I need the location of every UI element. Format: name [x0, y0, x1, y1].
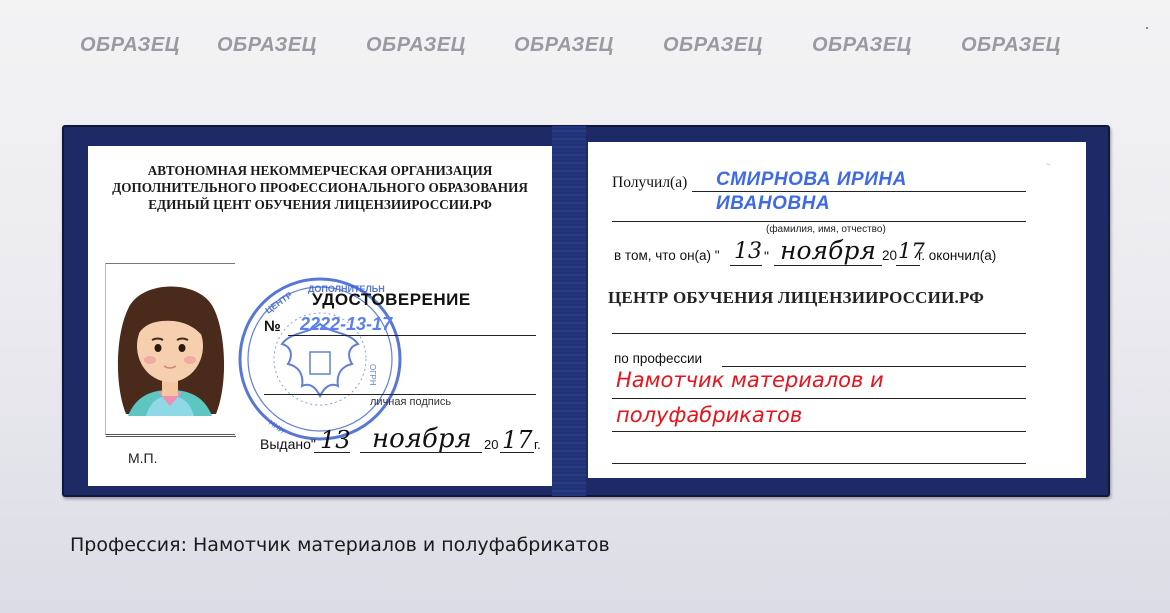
completion-year-line	[896, 265, 920, 266]
issued-month: ноября	[372, 424, 472, 454]
document-title: УДОСТОВЕРЕНИЕ	[312, 290, 471, 310]
issued-year-prefix: 20	[484, 437, 498, 452]
training-center-name: ЦЕНТР ОБУЧЕНИЯ ЛИЦЕНЗИИРОССИИ.РФ	[608, 288, 984, 308]
organization-line: ЕДИНЫЙ ЦЕНТ ОБУЧЕНИЯ ЛИЦЕНЗИИРОССИИ.РФ	[88, 196, 552, 213]
completion-month-line	[774, 265, 882, 266]
svg-text:ЦЕНТР: ЦЕНТР	[263, 290, 294, 316]
certificate-number: 2222-13-17	[300, 314, 392, 335]
profession-underline-3	[612, 463, 1026, 464]
issued-day: 13	[320, 426, 351, 454]
seal-place-label: М.П.	[128, 450, 158, 466]
watermark-text: ОБРАЗЕЦ	[217, 34, 317, 57]
profession-label: по профессии	[614, 351, 702, 366]
watermark-text: ОБРАЗЕЦ	[80, 34, 180, 57]
female-avatar-icon	[106, 264, 234, 434]
number-line	[288, 335, 536, 336]
watermark-row: ОБРАЗЕЦ ОБРАЗЕЦ ОБРАЗЕЦ ОБРАЗЕЦ ОБРАЗЕЦ …	[0, 34, 1170, 64]
completion-day-line	[730, 265, 762, 266]
organization-header: АВТОНОМНАЯ НЕКОММЕРЧЕСКАЯ ОРГАНИЗАЦИЯ ДО…	[88, 162, 552, 213]
profession-line-0	[722, 366, 1026, 367]
issued-text: Выдано	[260, 436, 311, 452]
issued-year-suffix: 17	[502, 426, 533, 454]
month-line	[360, 452, 482, 453]
watermark-text: ОБРАЗЕЦ	[812, 34, 912, 57]
holder-patronymic: ИВАНОВНА	[716, 193, 830, 215]
photo-frame	[105, 263, 235, 435]
profession-underline-2	[612, 431, 1026, 432]
watermark-text: ОБРАЗЕЦ	[961, 34, 1061, 57]
profession-underline-1	[612, 398, 1026, 399]
issued-label: Выдано"	[260, 436, 316, 452]
quote-mark: "	[764, 248, 769, 264]
signature-line	[264, 394, 536, 395]
holder-surname-firstname: СМИРНОВА ИРИНА	[716, 169, 907, 191]
completion-year-prefix: 20	[882, 248, 897, 263]
day-line	[314, 452, 350, 453]
watermark-text: ОБРАЗЕЦ	[366, 34, 466, 57]
completion-prefix-text: в том, что он(а)	[614, 248, 711, 263]
signature-caption: личная подпись	[370, 396, 451, 408]
watermark-text: ОБРАЗЕЦ	[663, 34, 763, 57]
organization-line: АВТОНОМНАЯ НЕКОММЕРЧЕСКАЯ ОРГАНИЗАЦИЯ	[88, 162, 552, 179]
name-line-1	[692, 191, 1026, 192]
completion-prefix: в том, что он(а) "	[614, 248, 720, 263]
svg-text:ОГРН: ОГРН	[368, 364, 377, 386]
profession-line-2: полуфабрикатов	[616, 403, 802, 427]
year-line	[500, 452, 534, 453]
page-mark: ~	[1046, 160, 1051, 169]
profession-caption: Профессия: Намотчик материалов и полуфаб…	[70, 534, 610, 556]
certificate-spine	[552, 126, 586, 496]
received-label: Получил(а)	[612, 174, 687, 192]
center-line	[612, 333, 1026, 334]
certificate-left-page: АВТОНОМНАЯ НЕКОММЕРЧЕСКАЯ ОРГАНИЗАЦИЯ ДО…	[88, 146, 552, 486]
year-suffix-label: г.	[534, 437, 541, 452]
watermark-text: ОБРАЗЕЦ	[514, 34, 614, 57]
fio-caption: (фамилия, имя, отчество)	[766, 224, 886, 235]
completion-month: ноября	[780, 236, 876, 265]
completion-day: 13	[734, 239, 762, 264]
completion-suffix: г. окончил(а)	[918, 248, 996, 263]
organization-line: ДОПОЛНИТЕЛЬНОГО ПРОФЕССИОНАЛЬНОГО ОБРАЗО…	[88, 179, 552, 196]
certificate-right-page: ~ Получил(а) СМИРНОВА ИРИНА ИВАНОВНА (фа…	[588, 142, 1086, 478]
photo-bottom-line	[106, 436, 236, 437]
name-line-2	[612, 221, 1026, 222]
profession-line-1: Намотчик материалов и	[616, 368, 884, 392]
number-label: №	[264, 318, 281, 335]
scan-speck	[1146, 27, 1148, 29]
